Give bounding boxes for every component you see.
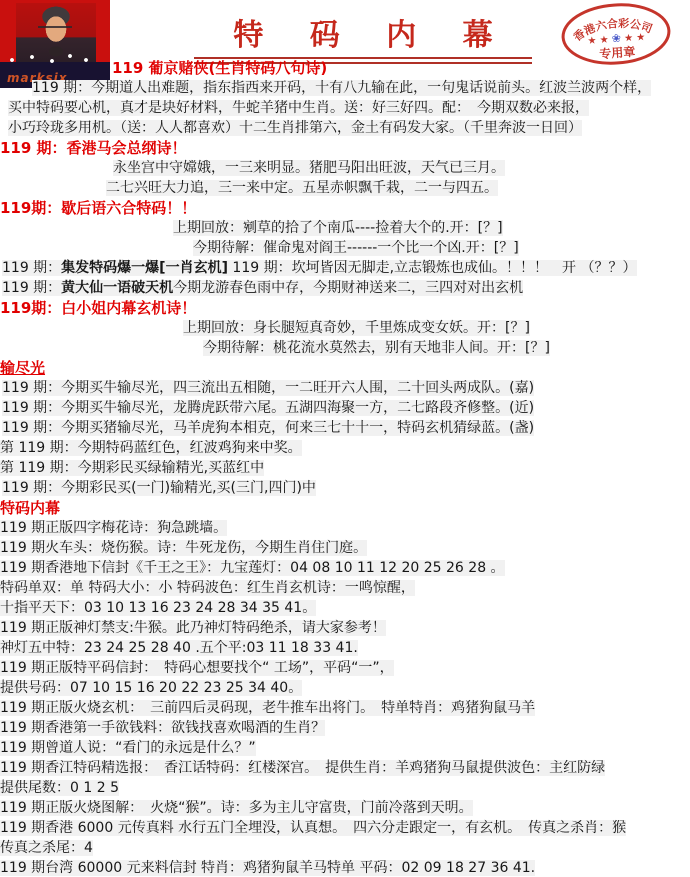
heading-pujing-dushi: 119 葡京赌侠(生肖特码八句诗) [0, 58, 690, 78]
heading-tema-neimu: 特码内幕 [0, 498, 690, 518]
seal-stars-left: ★ ★ [587, 35, 609, 47]
text-line: 提供号码：07 10 15 16 20 22 23 25 34 40。 [0, 678, 690, 698]
text-line-jifa: 119 期：集发特码爆一爆[一肖玄机] 119 期：坎坷皆因无脚走,立志锻炼也成… [0, 258, 690, 278]
title-double-underline: 特 码 内 幕 [194, 10, 532, 64]
text-line: 今期待解：桃花流水莫然去，别有天地非人间。开：[？] [0, 338, 690, 358]
text-line: 119 期香港地下信封《千王之王》：九宝莲灯：04 08 10 11 12 20… [0, 558, 690, 578]
text-line: 119 期正版火烧图解： 火烧“猴”。诗：多为主儿守富贵，门前冷落到天明。 [0, 798, 690, 818]
text-line: 119 期正版四字梅花诗：狗急跳墙。 [0, 518, 690, 538]
seal-flower-icon: ❀ [611, 32, 621, 46]
text-line: 119 期火车头：烧伤猴。诗：牛死龙伤，今期生肖住门庭。 [0, 538, 690, 558]
text-line: 特码单双：单 特码大小：小 特码波色：红生肖玄机诗：一鸣惊醒， [0, 578, 690, 598]
text-line: 119 期香港第一手欲钱料：欲钱找喜欢喝酒的生肖？ [0, 718, 690, 738]
text-line: 第 119 期：今期特码蓝红色，红波鸡狗来中奖。 [0, 438, 690, 458]
page-title: 特 码 内 幕 [233, 18, 510, 53]
heading-hkjc-zonggang-poem: 119 期：香港马会总纲诗！ [0, 138, 690, 158]
text-line: 119 期：今期道人出难题，指东指西来开码，十有八九输在此，一句鬼话说前头。红波… [0, 78, 690, 98]
text-line: 119 期正版神灯禁支:牛猴。此乃神灯特码绝杀，请大家参考！ [0, 618, 690, 638]
text-line: 119 期正版火烧玄机： 三前四后灵码现，老牛推车出将门。 特单特肖：鸡猪狗鼠马… [0, 698, 690, 718]
text-line: 今期待解：催命鬼对阎王------一个比一个凶.开：[？] [0, 238, 690, 258]
text-line: 119 期香江特码精选报： 香江话特码：红楼深宫。 提供生肖：羊鸡猪狗马鼠提供波… [0, 758, 690, 778]
text-line: 119 期：今期买牛输尽光，四三流出五相随，一二旺开六人围，二十回头两成队。(嘉… [0, 378, 690, 398]
masthead: 特 码 内 幕 [193, 10, 533, 64]
text-line: 上期回放：剜草的拾了个南瓜----捡着大个的.开：[？] [0, 218, 690, 238]
text-line: 永坐宫中守嫦娥，一三来明显。猪肥马阳出旺波，天气已三月。 [0, 158, 690, 178]
text-line: 119 期曾道人说：“看门的永远是什么？” [0, 738, 690, 758]
text-line: 二七兴旺大力追，三一来中定。五星赤帜飘千栽，二一与四五。 [0, 178, 690, 198]
text-line: 神灯五中特：23 24 25 28 40 .五个平:03 11 18 33 41… [0, 638, 690, 658]
portrait-glasses [38, 26, 72, 35]
seal-stars-right: ★ ★ [624, 32, 646, 44]
text-line-huangdaxian: 119 期：黄大仙一语破天机今期龙游春色雨中存，今期财神送来二，三四对对出玄机 [0, 278, 690, 298]
scanned-lottery-flyer: { "header": { "title": "特 码 内 幕", "photo… [0, 0, 690, 877]
heading-baixiaojie: 119期：白小姐内幕玄机诗！ [0, 298, 690, 318]
text-line: 119 期：今期买牛输尽光，龙腾虎跃带六尾。五湖四海聚一方，二七路段齐修整。(近… [0, 398, 690, 418]
text-line: 119 期香港 6000 元传真料 水行五门全埋没，认真想。 四六分走跟定一，有… [0, 818, 690, 838]
flyer-body: 119 葡京赌侠(生肖特码八句诗) 119 期：今期道人出难题，指东指西来开码，… [0, 58, 690, 877]
text-line: 119 期台湾 60000 元来料信封 特肖：鸡猪狗鼠羊马特单 平码：02 09… [0, 858, 690, 877]
text-line: 买中特码要心机，真才是块好材料，牛蛇羊猪中生肖。送：好三好四。配： 今期双数必来… [0, 98, 690, 118]
text-line: 提供尾数：0 1 2 5 [0, 778, 690, 798]
heading-shujinguang: 输尽光 [0, 358, 690, 378]
text-line: 传真之杀尾：4 [0, 838, 690, 858]
text-line: 十指平天下：03 10 13 16 23 24 28 34 35 41。 [0, 598, 690, 618]
text-line: 上期回放：身长腿短真奇妙，千里炼成变女妖。开：[？] [0, 318, 690, 338]
text-line: 119 期：今期买猪输尽光，马羊虎狗本相克，何来三七十十一，特码玄机猜绿蓝。(盏… [0, 418, 690, 438]
text-line: 小巧玲珑多用机。（送：人人都喜欢）十二生肖排第六，金土有码发大家。（千里奔波一日… [0, 118, 690, 138]
text-line: 119 期：今期彩民买(一门)输精光,买(三门,四门)中 [0, 478, 690, 498]
text-line: 第 119 期：今期彩民买绿输精光,买蓝红中 [0, 458, 690, 478]
text-line: 119 期正版特平码信封： 特码心想要找个“ 工场”，平码“一”， [0, 658, 690, 678]
heading-xiehouyu: 119期：歇后语六合特码！！ [0, 198, 690, 218]
